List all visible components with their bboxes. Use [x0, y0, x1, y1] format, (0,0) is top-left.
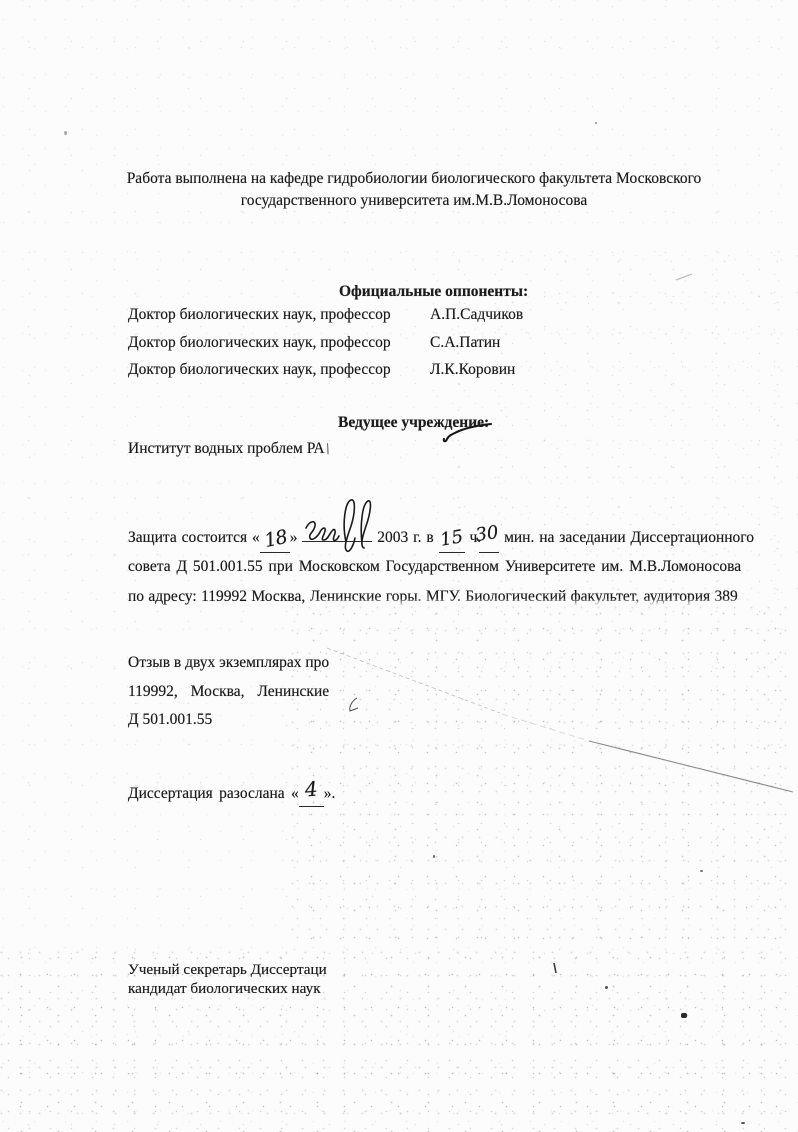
leading-org-name: Институт водных проблем РА\: [128, 440, 329, 458]
handwritten-month-scrawl: [300, 496, 378, 554]
secretary-line1: Ученый секретарь Диссертаци: [128, 961, 327, 980]
review-line3: Д 501.001.55: [128, 706, 329, 735]
opponent-row: Доктор биологических наук, профессор Л.К…: [128, 362, 738, 379]
handwritten-mailed-day-slot: 4: [299, 781, 324, 807]
defense-after-day: »: [290, 529, 298, 546]
opponent-name: С.А.Патин: [430, 335, 500, 352]
ink-speck: [595, 122, 597, 124]
opponent-row: Доктор биологических наук, профессор С.А…: [128, 335, 738, 352]
mailed-prefix: Диссертация разослана «: [128, 785, 299, 802]
opponent-name: Л.К.Коровин: [430, 362, 515, 379]
review-paragraph: Отзыв в двух экземплярах про 119992, Мос…: [128, 649, 329, 735]
scratch-line-dark: [589, 741, 793, 792]
ink-speck: [64, 131, 67, 135]
handwritten-month-slot: [302, 523, 372, 542]
scanned-document-page: Работа выполнена на кафедре гидробиологи…: [0, 0, 798, 1132]
scan-noise-bottom: [0, 945, 798, 1132]
handwritten-minute: 30: [475, 524, 500, 545]
handwritten-checkmark: [441, 419, 495, 443]
opponents-list: Доктор биологических наук, профессор А.П…: [128, 307, 738, 379]
checkmark-stroke: [444, 424, 491, 441]
month-scrawl-body: [306, 522, 339, 541]
month-scrawl-loop1: [345, 500, 356, 551]
affiliation-paragraph: Работа выполнена на кафедре гидробиологи…: [30, 168, 798, 211]
opponent-degree: Доктор биологических наук, профессор: [128, 362, 430, 379]
opponent-degree: Доктор биологических наук, профессор: [128, 307, 430, 324]
mailed-suffix: ».: [324, 785, 336, 802]
leading-org-name-text: Институт водных проблем РА: [128, 440, 325, 457]
opponents-heading: Официальные оппоненты:: [339, 283, 528, 301]
review-line1: Отзыв в двух экземплярах про: [128, 649, 329, 678]
defense-year: 2003 г. в: [377, 529, 434, 546]
opponent-name: А.П.Садчиков: [430, 307, 523, 324]
handwritten-minute-slot: 30: [479, 523, 499, 553]
small-tick-mark: [350, 698, 358, 711]
secretary-paragraph: Ученый секретарь Диссертаци кандидат био…: [128, 961, 327, 998]
ink-speck: [681, 1013, 687, 1018]
defense-prefix: Защита состоится «: [128, 529, 260, 546]
defense-line2: совета Д 501.001.55 при Московском Госуд…: [128, 552, 740, 581]
handwritten-hour-slot: 15: [439, 523, 465, 553]
defense-line1: Защита состоится «18» 2003 г. в 15 ч.30 …: [128, 523, 740, 552]
secretary-line2: кандидат биологических наук: [128, 980, 327, 999]
opponent-degree: Доктор биологических наук, профессор: [128, 335, 430, 352]
defense-line3-start: по адресу: 119992 Москва,: [128, 588, 310, 605]
affiliation-line1: Работа выполнена на кафедре гидробиологи…: [30, 168, 798, 190]
vertical-scratch: [554, 963, 556, 973]
ink-speck: [741, 1122, 745, 1124]
defense-line3: по адресу: 119992 Москва, Ленинские горы…: [128, 582, 740, 611]
mailed-line: Диссертация разослана «4».: [128, 781, 335, 807]
opponent-row: Доктор биологических наук, профессор А.П…: [128, 307, 738, 324]
ink-speck: [700, 870, 703, 872]
handwritten-hour: 15: [439, 528, 465, 550]
smudge-mark: [676, 274, 692, 280]
handwritten-mailed-day: 4: [304, 778, 318, 799]
scratch-line-faint: [327, 648, 500, 713]
handwritten-day: 18: [263, 528, 289, 551]
handwritten-day-slot: 18: [260, 523, 290, 553]
review-line2: 119992, Москва, Ленинские: [128, 678, 329, 707]
defense-line3-eroded: Ленинские горы. МГУ. Биологический факул…: [310, 588, 738, 605]
month-scrawl-loop2: [362, 501, 371, 548]
defense-line1-tail: мин. на заседании Диссертационного: [504, 529, 754, 546]
defense-paragraph: Защита состоится «18» 2003 г. в 15 ч.30 …: [128, 523, 740, 611]
scan-noise-mid-right: [290, 600, 798, 945]
ink-speck: [433, 855, 435, 858]
ink-speck: [605, 986, 608, 989]
affiliation-line2: государственного университета им.М.В.Лом…: [30, 190, 798, 212]
scratch-line-mid: [502, 714, 586, 740]
